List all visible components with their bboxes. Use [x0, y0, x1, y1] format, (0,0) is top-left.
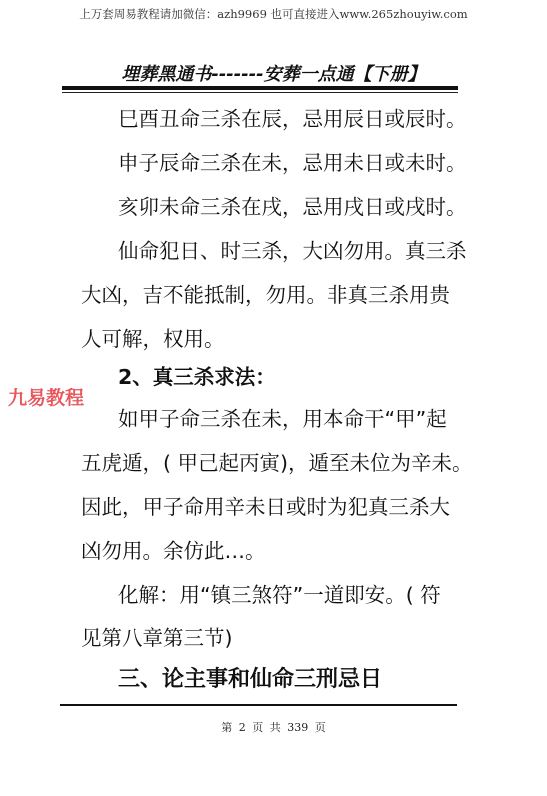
body-line: 见第八章第三节) [81, 626, 233, 650]
body-line: 大凶，吉不能抵制，勿用。非真三杀用贵 [81, 283, 450, 307]
document-header-title: 埋葬黑通书-------安葬一点通【下册】 [0, 60, 547, 86]
body-line: 因此，甲子命用辛未日或时为犯真三杀大 [81, 495, 450, 519]
body-line: 仙命犯日、时三杀，大凶勿用。真三杀 [118, 239, 467, 263]
section-heading: 三、论主事和仙命三刑忌日 [118, 668, 382, 692]
body-line: 亥卯未命三杀在戌，忌用戌日或戌时。 [118, 195, 467, 219]
body-line: 凶勿用。余仿此…。 [81, 539, 266, 563]
footer-rule [60, 704, 457, 706]
watermark-logo: 九易教程 [8, 383, 84, 410]
header-rule-thick [62, 86, 458, 90]
body-line: 申子辰命三杀在未，忌用未日或未时。 [118, 151, 467, 175]
header-rule-thin [62, 92, 458, 93]
body-line: 五虎遁，( 甲己起丙寅)，遁至未位为辛未。 [81, 451, 473, 475]
body-line: 化解：用“镇三煞符”一道即安。( 符 [118, 583, 441, 607]
body-line: 人可解，权用。 [81, 327, 225, 351]
subsection-heading: 2、真三杀求法： [118, 365, 276, 389]
top-banner-ad: 上万套周易教程请加微信：azh9969 也可直接进入www.265zhouyiw… [0, 6, 547, 22]
body-line: 如甲子命三杀在未，用本命干“甲”起 [118, 407, 447, 431]
body-line: 巳酉丑命三杀在辰，忌用辰日或辰时。 [118, 107, 467, 131]
page-number-footer: 第 2 页 共 339 页 [0, 719, 547, 735]
